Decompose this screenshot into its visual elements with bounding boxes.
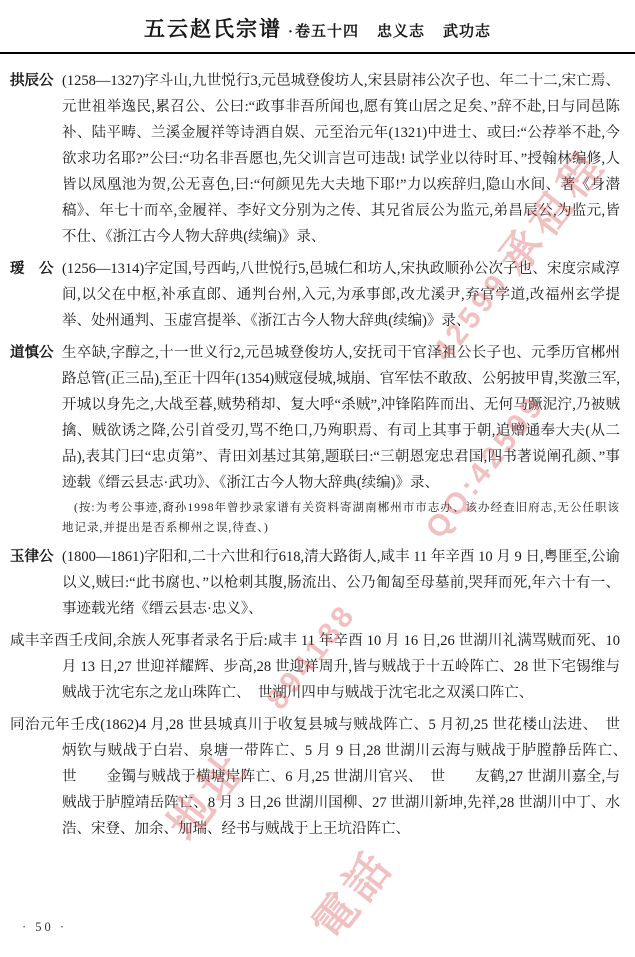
page-content: 拱辰公 (1258—1327)字斗山,九世悦行3,元邑城登俊坊人,宋县尉祎公次子…: [0, 54, 635, 842]
entry-daoshen: 道慎公 生卒缺,字醇之,十一世义行2,元邑城登俊坊人,安抚司干官泽祖公长子也、元…: [10, 340, 620, 538]
paragraph-xianfeng-casualties: 咸丰辛酉壬戌间,余族人死事者录名于后:咸丰 11 年辛酉 10 月 16 日,2…: [10, 628, 620, 706]
entry-ai: 瑷 公 (1256—1314)字定国,号西屿,八世悦行5,邑城仁和坊人,宋执政顺…: [10, 256, 620, 334]
entry-editor-note: (按:为考公事迹,裔孙1998年曾抄录家谱有关资料寄湖南郴州市市志办、该办经查旧…: [62, 498, 620, 538]
genealogy-page: 五云赵氏宗谱·卷五十四忠义志武功志 拱辰公 (1258—1327)字斗山,九世悦…: [0, 0, 635, 957]
title-separator-dot: ·: [288, 24, 293, 40]
entry-label: 瑷 公: [10, 256, 62, 334]
entry-label: 玉律公: [10, 544, 62, 622]
entry-yulv: 玉律公 (1800—1861)字阳和,二十六世和行618,清大路街人,咸丰 11…: [10, 544, 620, 622]
page-number: · 50 ·: [22, 920, 67, 935]
title-section-loyalty: 忠义志: [377, 24, 425, 40]
entry-text: (1256—1314)字定国,号西屿,八世悦行5,邑城仁和坊人,宋执政顺孙公次子…: [62, 256, 620, 334]
title-volume: 卷五十四: [295, 24, 359, 40]
page-title: 五云赵氏宗谱: [144, 17, 282, 41]
title-section-military: 武功志: [443, 24, 491, 40]
watermark-fragment: 電話: [294, 833, 406, 951]
page-header: 五云赵氏宗谱·卷五十四忠义志武功志: [0, 0, 635, 43]
entry-text: (1258—1327)字斗山,九世悦行3,元邑城登俊坊人,宋县尉祎公次子也、年二…: [62, 68, 620, 250]
entry-text: (1800—1861)字阳和,二十六世和行618,清大路街人,咸丰 11 年辛酉…: [62, 544, 620, 622]
entry-label: 道慎公: [10, 340, 62, 538]
entry-text-wrap: 生卒缺,字醇之,十一世义行2,元邑城登俊坊人,安抚司干官泽祖公长子也、元季历官郴…: [62, 340, 620, 538]
paragraph-tongzhi-casualties: 同治元年壬戌(1862)4 月,28 世县城真川于收复县城与贼战阵亡、5 月初,…: [10, 712, 620, 842]
entry-label: 拱辰公: [10, 68, 62, 250]
entry-text: 生卒缺,字醇之,十一世义行2,元邑城登俊坊人,安抚司干官泽祖公长子也、元季历官郴…: [62, 340, 620, 496]
entry-gongchen: 拱辰公 (1258—1327)字斗山,九世悦行3,元邑城登俊坊人,宋县尉祎公次子…: [10, 68, 620, 250]
